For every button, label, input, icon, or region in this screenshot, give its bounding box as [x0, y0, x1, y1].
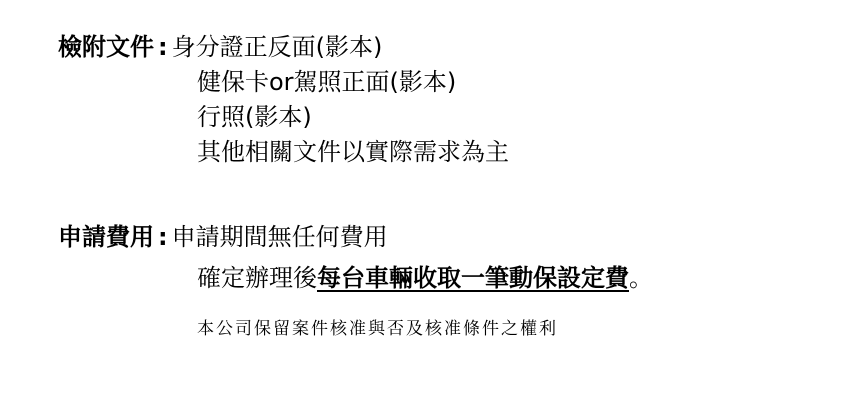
fees-row-1: 申請費用:申請期間無任何費用 [58, 223, 388, 251]
disclaimer-text: 本公司保留案件核准與否及核准條件之權利 [197, 314, 558, 339]
fees-line-2-prefix: 確定辦理後 [197, 264, 317, 292]
attachment-item: 行照(影本) [197, 103, 312, 131]
attachments-row-1: 檢附文件:身分證正反面(影本) [58, 33, 382, 61]
fees-row-2: 確定辦理後每台車輛收取一筆動保設定費。 [197, 264, 653, 292]
attachment-item: 身分證正反面(影本) [172, 33, 383, 61]
attachment-item: 其他相關文件以實際需求為主 [197, 138, 509, 166]
fees-label: 申請費用 [58, 223, 154, 251]
fees-colon: : [158, 223, 168, 251]
attachments-label: 檢附文件 [58, 33, 154, 61]
attachments-colon: : [158, 33, 168, 61]
attachment-item: 健保卡or駕照正面(影本) [197, 68, 456, 96]
fees-line-1: 申請期間無任何費用 [172, 223, 388, 251]
fees-line-2-suffix: 。 [629, 264, 653, 292]
fees-emphasis: 每台車輛收取一筆動保設定費 [317, 264, 629, 292]
